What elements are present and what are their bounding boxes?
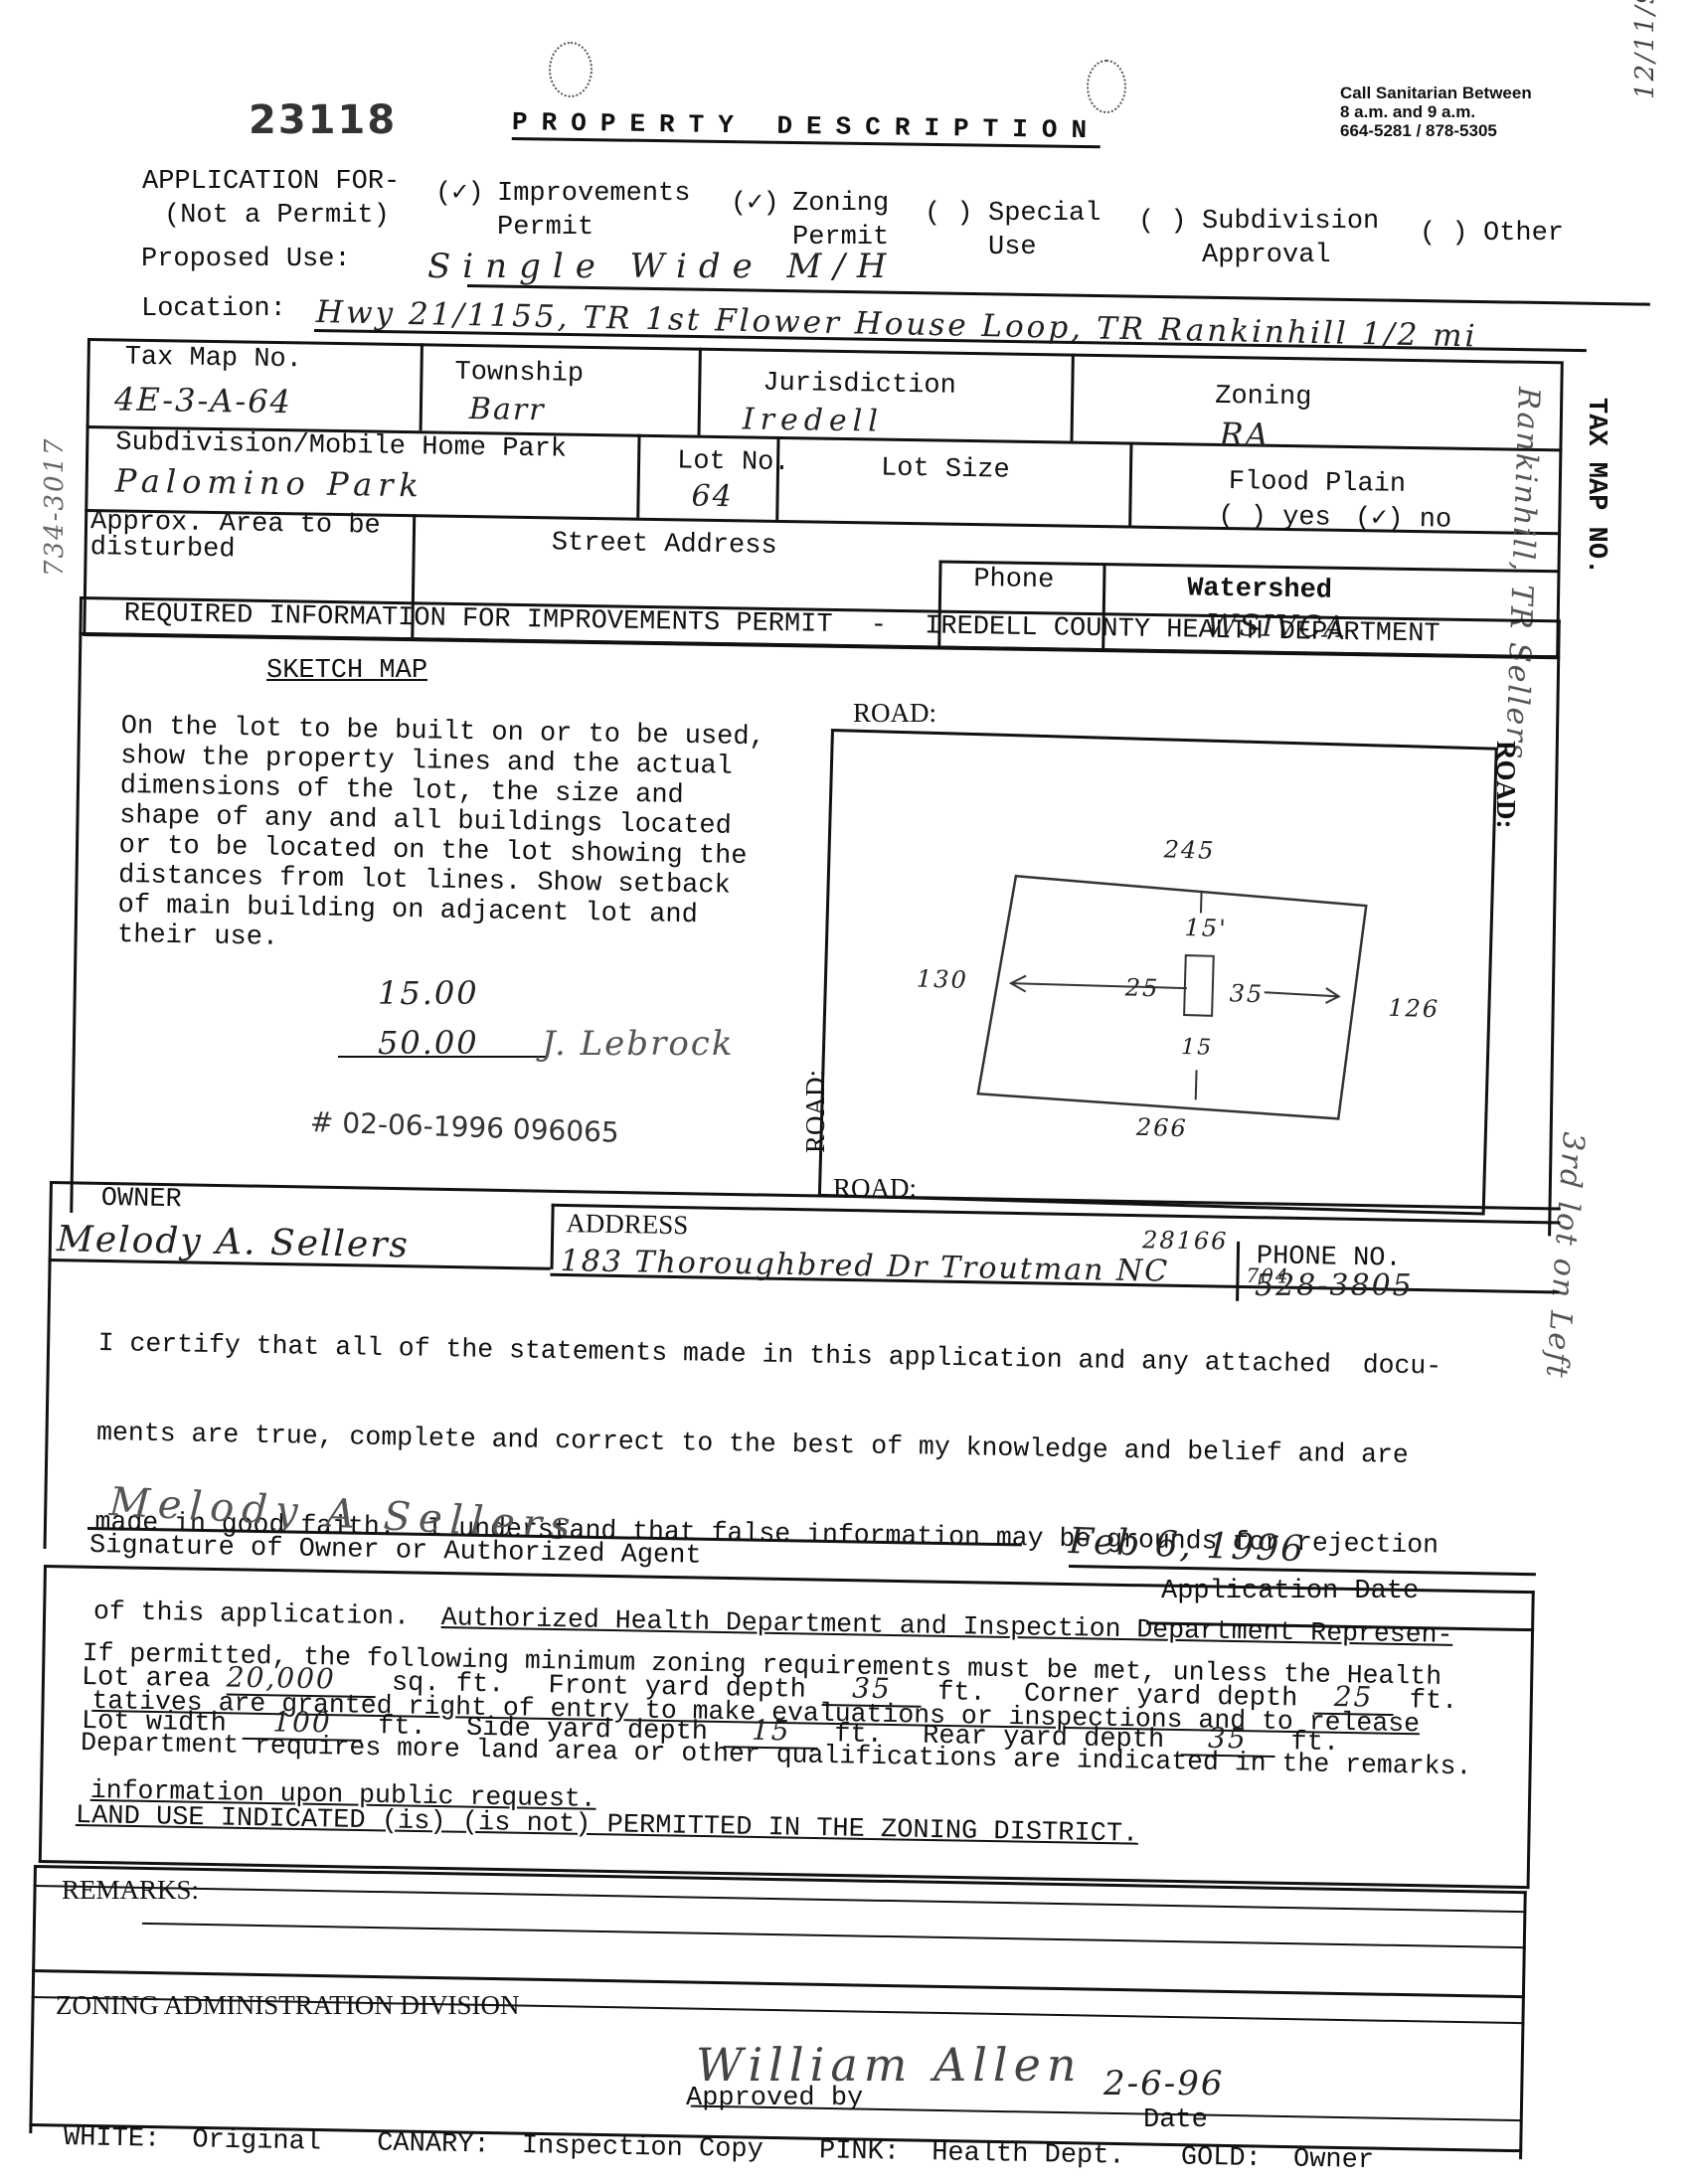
copy-pink-label: PINK: <box>819 2136 901 2167</box>
lot-width-label: Lot width <box>82 1707 227 1740</box>
lot-no-value[interactable]: 64 <box>691 479 734 515</box>
subdivision-checkbox[interactable]: ( ) <box>1138 205 1187 239</box>
township-label: Township <box>454 358 584 390</box>
setback-front: 15' <box>1184 914 1228 942</box>
side-yard-value[interactable]: 15 <box>724 1713 819 1750</box>
lot-area-label: Lot area <box>82 1663 211 1695</box>
special-use-label-2: Use <box>925 231 1101 264</box>
flood-plain-yes[interactable]: ( ) yes <box>1218 502 1331 534</box>
option-special-use[interactable]: ( ) Special Use <box>925 197 1101 264</box>
form-number: 23118 <box>249 97 397 143</box>
tax-map-no-side-label: TAX MAP NO. <box>1581 398 1610 575</box>
lot-area-unit: sq. ft. <box>392 1668 505 1700</box>
application-date-value[interactable]: Feb 6, 1996 <box>1068 1521 1306 1570</box>
lot-width-value[interactable]: 100 <box>243 1705 363 1742</box>
rear-yard-label: Rear yard depth <box>923 1722 1165 1756</box>
side-yard-label: Side yard depth <box>466 1714 709 1748</box>
front-yard-label: Front yard depth <box>548 1671 806 1706</box>
zoning-label: Zoning <box>1215 382 1312 414</box>
watershed-label: Watershed <box>1187 574 1332 605</box>
copy-gold-use: Owner <box>1293 2145 1375 2176</box>
township-value[interactable]: Barr <box>469 392 546 427</box>
corner-yard-label: Corner yard depth <box>1024 1680 1298 1715</box>
margin-note-top-right: 12/11/96 <box>1630 0 1660 99</box>
setback-left: 25 <box>1124 973 1159 1002</box>
lot-size-label: Lot Size <box>881 454 1010 486</box>
corner-yard-unit: ft. <box>1409 1686 1457 1717</box>
owner-name[interactable]: Melody A. Sellers <box>57 1219 411 1265</box>
call-notice-line2: 8 a.m. and 9 a.m. <box>1340 102 1532 121</box>
call-notice-line1: Call Sanitarian Between <box>1340 84 1532 102</box>
flood-plain-label: Flood Plain <box>1229 467 1407 500</box>
remarks-section <box>32 1865 1527 2010</box>
copy-canary-use: Inspection Copy <box>522 2131 764 2165</box>
application-for-line2: (Not a Permit) <box>142 199 400 233</box>
form-title: PROPERTY DESCRIPTION <box>512 107 1101 148</box>
copy-pink-use: Health Dept. <box>932 2138 1125 2171</box>
rear-yard-unit: ft. <box>1290 1728 1339 1759</box>
remarks-label: REMARKS: <box>62 1875 199 1906</box>
lot-area-value[interactable]: 20,000 <box>227 1661 377 1699</box>
copy-canary-label: CANARY: <box>377 2129 490 2161</box>
road-label-top: ROAD: <box>853 698 936 729</box>
zoning-checkbox[interactable]: (✓) <box>731 187 779 221</box>
tax-map-label: Tax Map No. <box>124 343 302 376</box>
street-address-label: Street Address <box>552 528 777 562</box>
proposed-use-label: Proposed Use: <box>141 245 351 274</box>
road-label-left: ROAD: <box>800 1070 831 1153</box>
cert-line: ments are true, complete and correct to … <box>96 1418 1456 1471</box>
proposed-use-value[interactable]: Single Wide M/H <box>427 247 898 286</box>
flood-plain-options: ( ) yes (✓) no <box>1218 499 1451 536</box>
approval-date-label: Date <box>1143 2105 1208 2135</box>
copy-white-use: Original <box>192 2125 321 2157</box>
option-zoning-permit[interactable]: (✓) Zoning Permit <box>731 187 889 254</box>
option-other[interactable]: ( ) Other <box>1420 217 1564 251</box>
improvements-checkbox[interactable]: (✓) <box>435 177 484 211</box>
jurisdiction-value[interactable]: Iredell <box>743 402 885 438</box>
lot-width-unit: ft. <box>378 1712 426 1743</box>
setback-rear: 15 <box>1181 1035 1214 1061</box>
dim-left: 130 <box>917 965 969 994</box>
sketch-instructions: On the lot to be built on or to be used,… <box>117 712 765 961</box>
sketch-map-title: SKETCH MAP <box>266 656 427 686</box>
subdivision-value[interactable]: Palomino Park <box>114 461 424 504</box>
punch-hole-left <box>549 42 593 97</box>
lot-no-label: Lot No. <box>677 446 790 478</box>
dim-right: 126 <box>1388 994 1440 1023</box>
fee-initials: J. Lebrock <box>542 1024 734 1064</box>
zoning-admin-label: ZONING ADMINISTRATION DIVISION <box>56 1990 519 2021</box>
special-use-checkbox[interactable]: ( ) <box>925 197 973 231</box>
rear-yard-value[interactable]: 35 <box>1180 1721 1275 1758</box>
phone-label: Phone <box>973 565 1054 595</box>
option-improvements-permit[interactable]: (✓) Improvements Permit <box>435 177 690 245</box>
address-zip[interactable]: 28166 <box>1142 1226 1229 1256</box>
front-yard-unit: ft. <box>937 1678 986 1709</box>
location-label: Location: <box>141 294 286 324</box>
road-label-right: ROAD: <box>1490 741 1521 829</box>
subdivision-label-2: Approval <box>1138 239 1379 272</box>
dim-bottom: 266 <box>1136 1113 1189 1142</box>
front-yard-value[interactable]: 35 <box>822 1671 923 1708</box>
margin-note-left: 734-3017 <box>40 436 70 577</box>
setback-right: 35 <box>1229 979 1264 1008</box>
application-for-label: APPLICATION FOR- (Not a Permit) <box>142 165 400 233</box>
approved-by-label: Approved by <box>686 2084 863 2113</box>
call-notice-phones: 664-5281 / 878-5305 <box>1340 121 1532 140</box>
fee-1: 15.00 <box>378 974 479 1012</box>
improvements-label-2: Permit <box>435 211 690 245</box>
other-checkbox[interactable]: ( ) <box>1420 217 1468 251</box>
option-subdivision-approval[interactable]: ( ) Subdivision Approval <box>1138 205 1379 272</box>
improvements-header-dash: - <box>871 611 888 641</box>
copy-gold-label: GOLD: <box>1181 2143 1263 2174</box>
copy-white-label: WHITE: <box>64 2123 161 2155</box>
corner-yard-value[interactable]: 25 <box>1313 1680 1394 1716</box>
call-notice: Call Sanitarian Between 8 a.m. and 9 a.m… <box>1340 84 1532 140</box>
cert-line: I certify that all of the statements mad… <box>97 1328 1457 1382</box>
owner-label: OWNER <box>100 1184 182 1215</box>
area-disturbed-label: Approx. Area to be disturbed <box>89 509 380 566</box>
side-yard-unit: ft. <box>834 1720 883 1751</box>
application-for-line1: APPLICATION FOR- <box>142 165 400 199</box>
punch-hole-right <box>1087 60 1126 113</box>
zoning-value[interactable]: RA <box>1219 416 1270 454</box>
sketch-box: 245 266 130 126 25 35 15' 15 <box>818 729 1498 1216</box>
dim-top: 245 <box>1163 835 1216 864</box>
jurisdiction-label: Jurisdiction <box>762 369 956 402</box>
approval-date-value[interactable]: 2-6-96 <box>1103 2064 1225 2103</box>
tax-map-value[interactable]: 4E-3-A-64 <box>114 380 293 420</box>
address-label: ADDRESS <box>566 1208 689 1241</box>
flood-plain-no[interactable]: (✓) no <box>1355 504 1452 536</box>
